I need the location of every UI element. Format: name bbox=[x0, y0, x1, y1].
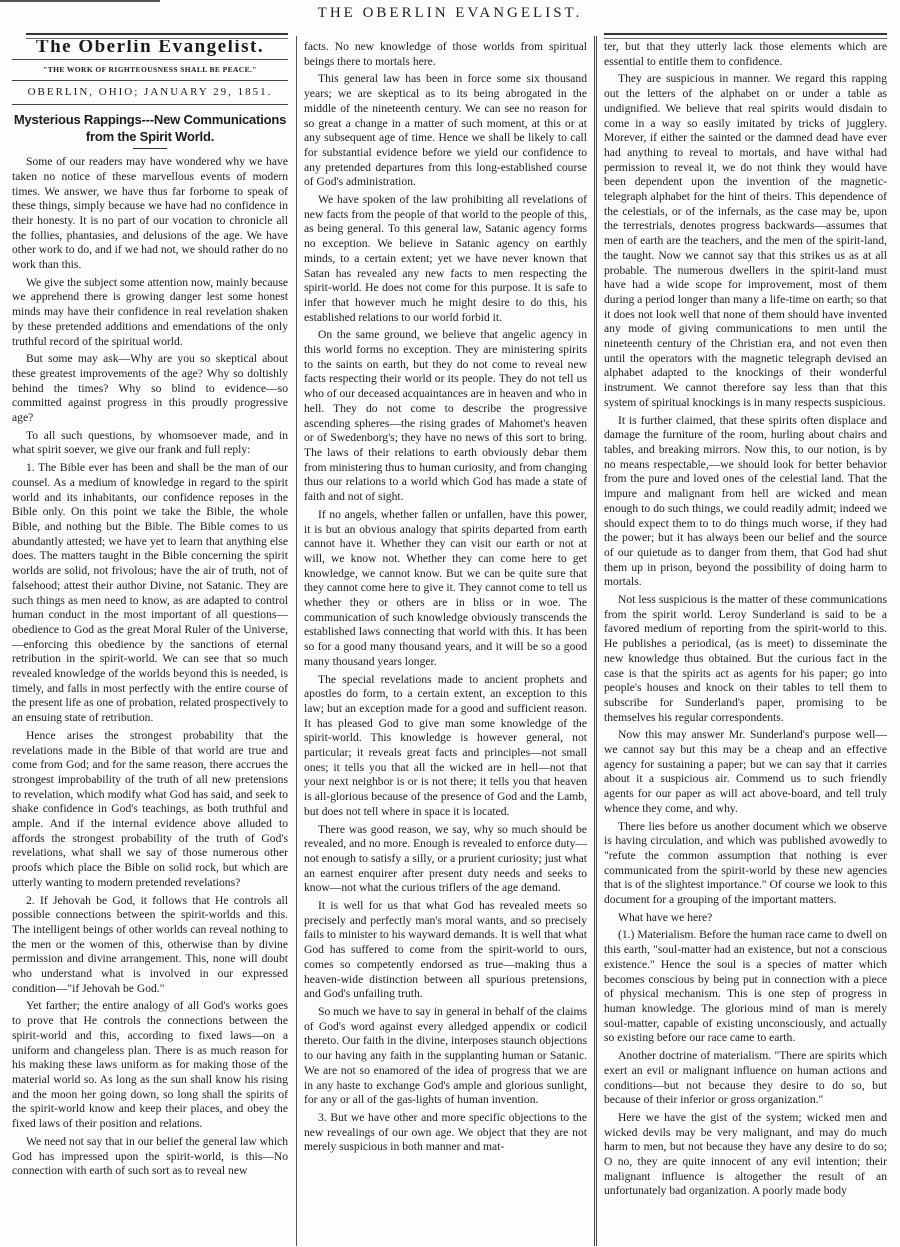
rule bbox=[12, 104, 288, 105]
column-divider bbox=[296, 36, 297, 1246]
paragraph: It is well for us that what God has reve… bbox=[304, 899, 587, 1002]
paragraph: We need not say that in our belief the g… bbox=[12, 1135, 288, 1179]
column-3: ter, but that they utterly lack those el… bbox=[604, 40, 887, 1245]
paragraph: There lies before us another document wh… bbox=[604, 820, 887, 908]
paragraph: Here we have the gist of the system; wic… bbox=[604, 1111, 887, 1199]
paragraph: ter, but that they utterly lack those el… bbox=[604, 40, 887, 69]
paragraph: So much we have to say in general in beh… bbox=[304, 1005, 587, 1108]
column-rule bbox=[26, 33, 288, 39]
paragraph: Not less suspicious is the matter of the… bbox=[604, 593, 887, 725]
paragraph: Hence arises the strongest probability t… bbox=[12, 729, 288, 891]
rule bbox=[12, 59, 288, 60]
paragraph: Now this may answer Mr. Sunderland's pur… bbox=[604, 728, 887, 816]
paragraph: If no angels, whether fallen or unfallen… bbox=[304, 508, 587, 670]
rule bbox=[12, 80, 288, 81]
paragraph: We have spoken of the law prohibiting al… bbox=[304, 193, 587, 325]
paragraph: We give the subject some attention now, … bbox=[12, 276, 288, 350]
column-1: The Oberlin Evangelist. "THE WORK OF RIG… bbox=[12, 40, 288, 1245]
paragraph: Another doctrine of materialism. "There … bbox=[604, 1049, 887, 1108]
paragraph: Some of our readers may have wondered wh… bbox=[12, 155, 288, 273]
column-divider bbox=[594, 36, 597, 1246]
article-headline: Mysterious Rappings---New Communications… bbox=[12, 111, 288, 145]
paragraph: But some may ask—Why are you so skeptica… bbox=[12, 352, 288, 426]
paragraph: On the same ground, we believe that ange… bbox=[304, 328, 587, 504]
dateline: OBERLIN, OHIO; JANUARY 29, 1851. bbox=[12, 85, 288, 100]
column-2: facts. No new knowledge of those worlds … bbox=[304, 40, 587, 1245]
masthead-title: The Oberlin Evangelist. bbox=[12, 40, 288, 55]
paragraph: 3. But we have other and more specific o… bbox=[304, 1111, 587, 1155]
paragraph: There was good reason, we say, why so mu… bbox=[304, 823, 587, 897]
masthead-motto: "THE WORK OF RIGHTEOUSNESS SHALL BE PEAC… bbox=[12, 63, 288, 78]
running-head: THE OBERLIN EVANGELIST. bbox=[0, 5, 900, 22]
column-rule bbox=[604, 33, 887, 39]
top-rule bbox=[0, 0, 160, 2]
paragraph: What have we here? bbox=[604, 911, 887, 926]
paragraph: It is further claimed, that these spirit… bbox=[604, 414, 887, 590]
paragraph: The special revelations made to ancient … bbox=[304, 673, 587, 820]
paragraph: 1. The Bible ever has been and shall be … bbox=[12, 461, 288, 726]
paragraph: This general law has been in force some … bbox=[304, 72, 587, 190]
paragraph: facts. No new knowledge of those worlds … bbox=[304, 40, 587, 69]
paragraph: Yet farther; the entire analogy of all G… bbox=[12, 999, 288, 1131]
headline-rule bbox=[133, 148, 167, 149]
paragraph: 2. If Jehovah be God, it follows that He… bbox=[12, 894, 288, 997]
paragraph: (1.) Materialism. Before the human race … bbox=[604, 928, 887, 1046]
paragraph: To all such questions, by whomsoever mad… bbox=[12, 429, 288, 458]
newspaper-page: THE OBERLIN EVANGELIST. The Oberlin Evan… bbox=[0, 0, 900, 1247]
paragraph: They are suspicious in manner. We regard… bbox=[604, 72, 887, 410]
